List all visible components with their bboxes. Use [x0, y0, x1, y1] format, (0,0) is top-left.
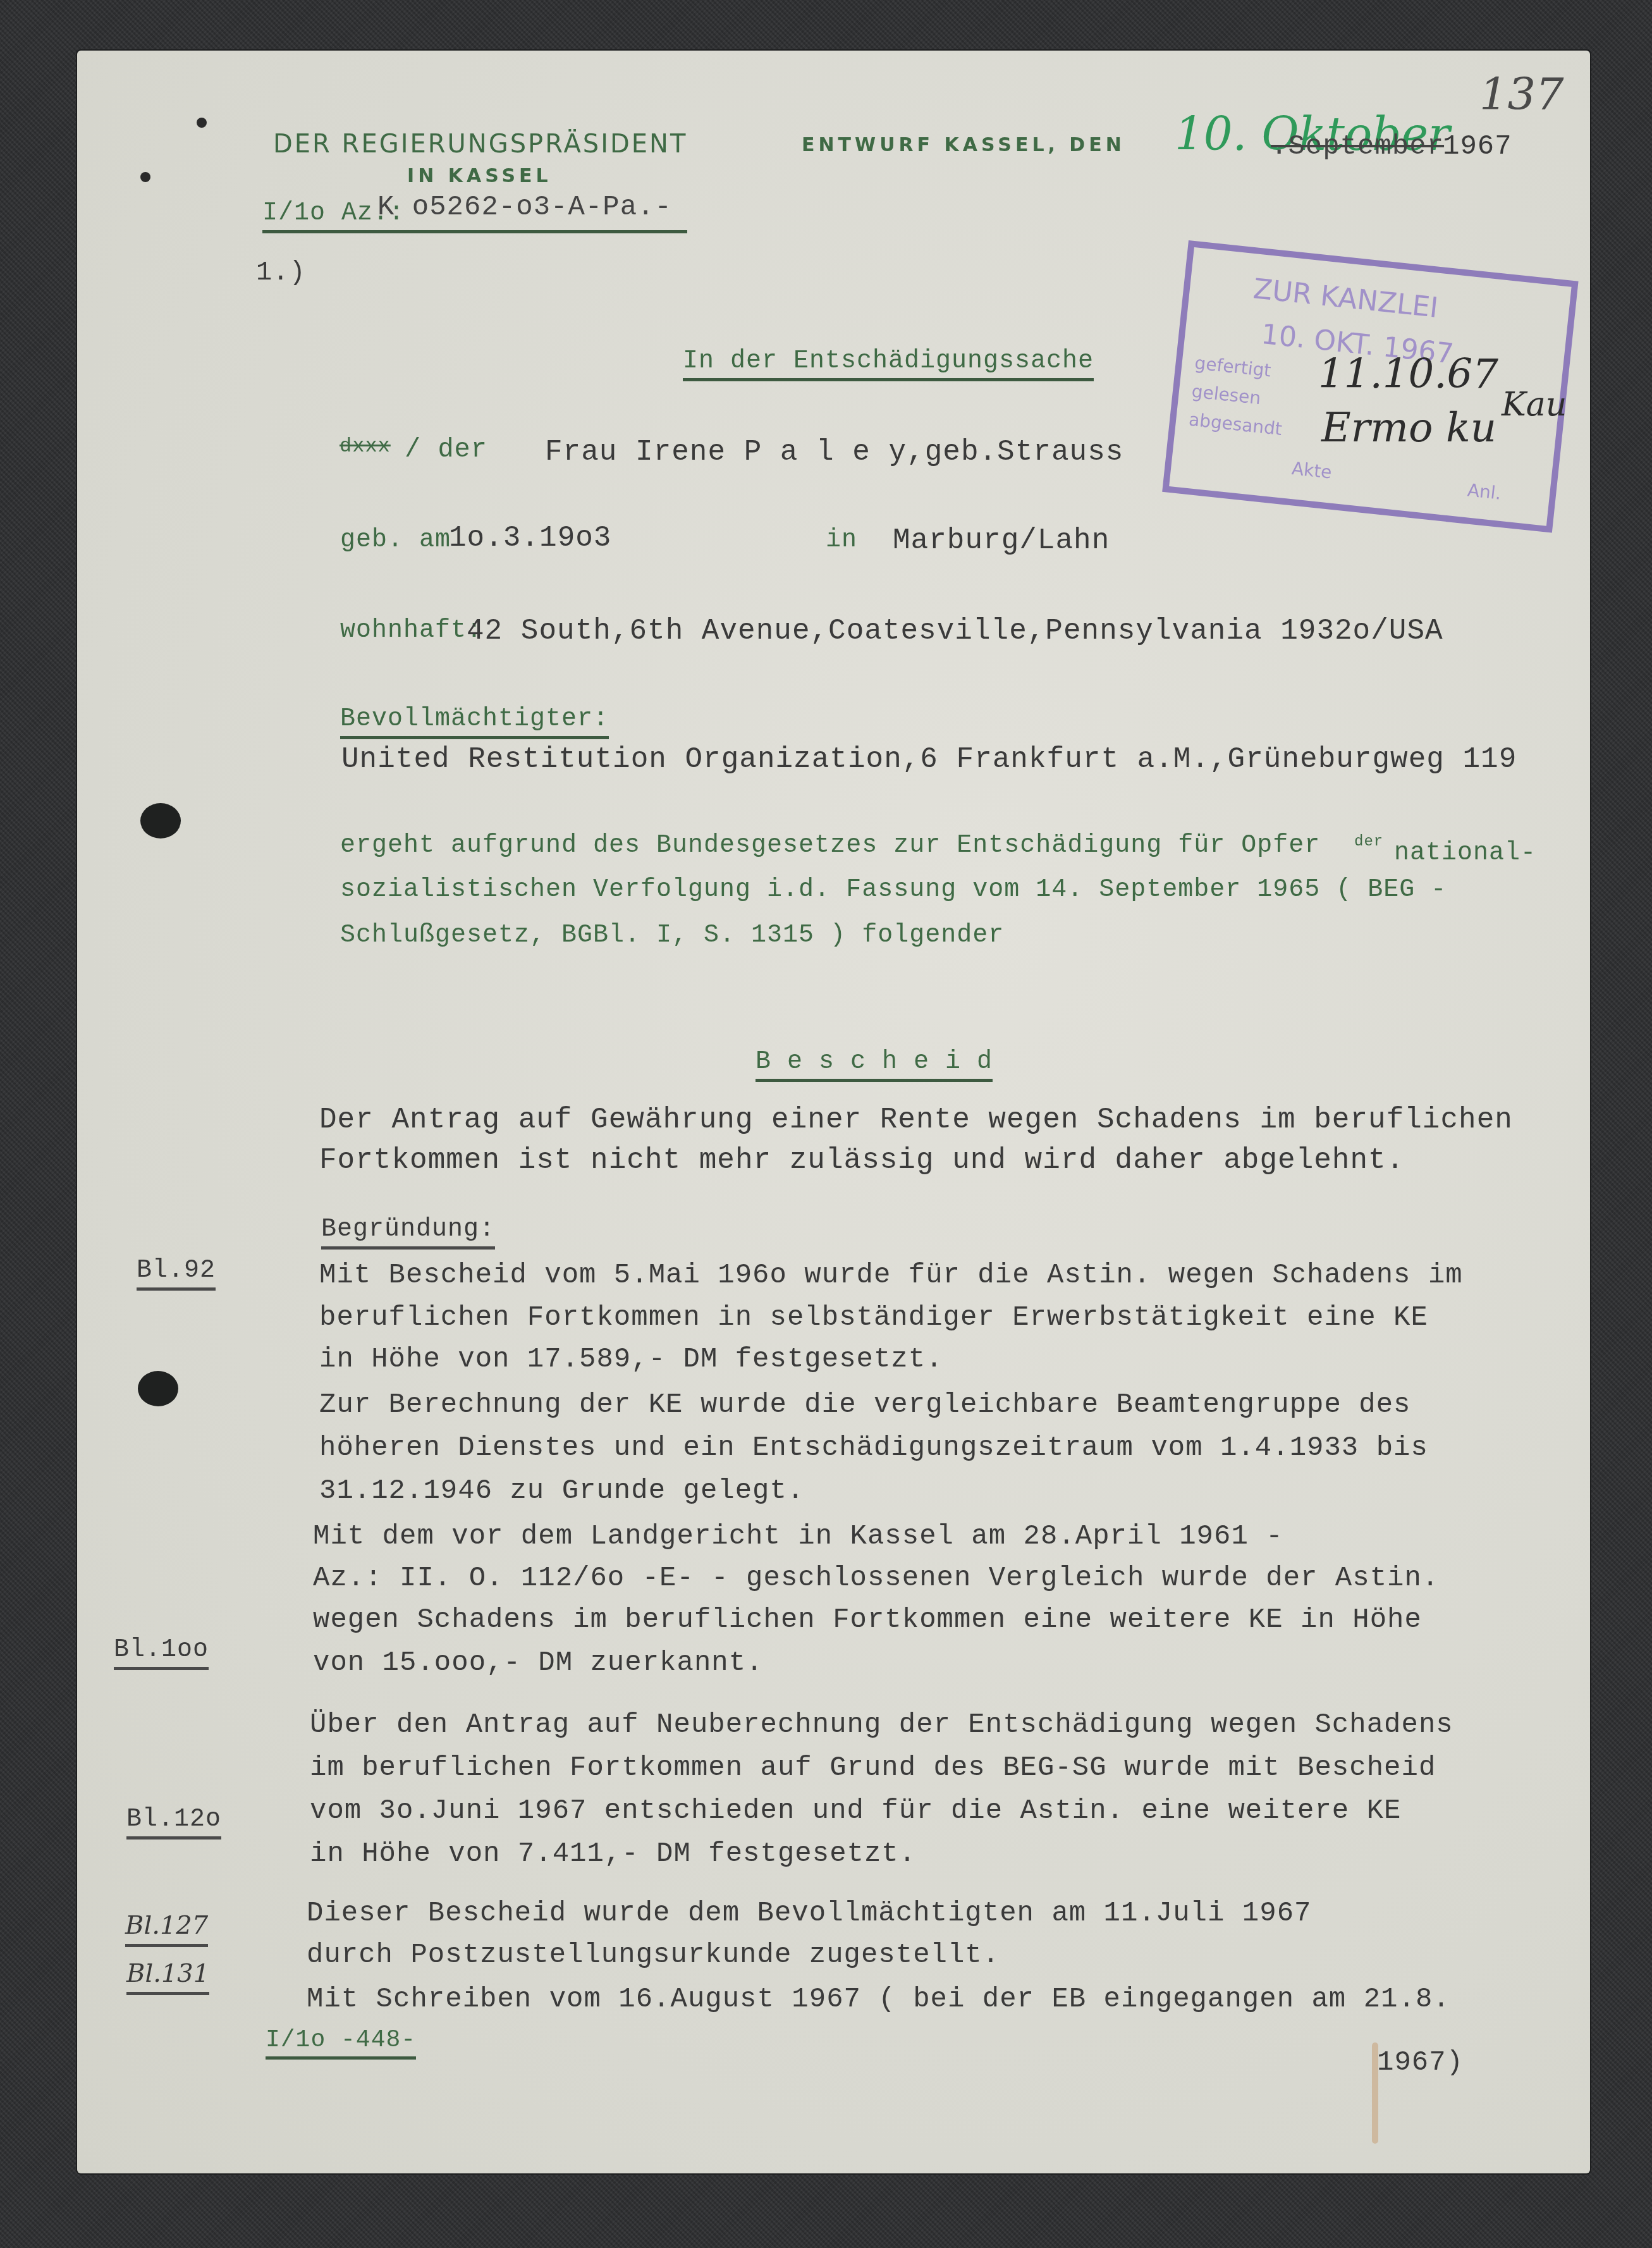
reasons-line: Mit dem vor dem Landgericht in Kassel am…	[313, 1523, 1283, 1551]
draft-place-label: ENTWURF KASSEL, DEN	[802, 136, 1125, 155]
stamp-label-abgesandt: abgesandt	[1188, 409, 1283, 439]
reasons-line: Dieser Bescheid wurde dem Bevollmächtigt…	[307, 1900, 1311, 1927]
reasons-line: beruflichen Fortkommen in selbständiger …	[319, 1304, 1428, 1332]
claimant-name: Frau Irene P a l e y,geb.Strauss	[545, 438, 1123, 467]
margin-ref-bl127-handwritten: Bl.127	[125, 1911, 208, 1947]
pin-hole	[140, 172, 150, 182]
salutation-struck: dxxx	[340, 436, 391, 457]
born-label: geb. am	[340, 528, 451, 553]
margin-ref-bl92: Bl.92	[137, 1258, 216, 1291]
authority-line-2: IN KASSEL	[407, 167, 552, 186]
reasons-line: wegen Schadens im beruflichen Fortkommen…	[313, 1606, 1422, 1634]
decision-line: Fortkommen ist nicht mehr zulässig und w…	[319, 1146, 1404, 1175]
reasons-line: durch Postzustellungsurkunde zugestellt.	[307, 1941, 1000, 1969]
reasons-heading: Begründung:	[321, 1217, 495, 1250]
reasons-line: 1967)	[1377, 2049, 1464, 2077]
reasons-line: Über den Antrag auf Neuberechnung der En…	[310, 1711, 1453, 1739]
stamp-footer-akte: Akte	[1290, 458, 1333, 482]
footer-reference: I/1o -448-	[266, 2029, 416, 2060]
legal-basis-inserted-word: der	[1354, 835, 1383, 850]
pin-hole	[197, 118, 207, 128]
residence-label: wohnhaft:	[340, 618, 482, 644]
residence-address: 42 South,6th Avenue,Coatesville,Pennsylv…	[467, 617, 1443, 646]
reference-underline: I/1o Az.: K o5262-o3-A-Pa.-	[262, 201, 687, 233]
date-year: 1967	[1443, 133, 1512, 161]
born-date: 1o.3.19o3	[449, 524, 611, 553]
stamp-handwritten-initials: Kau	[1502, 386, 1567, 424]
margin-ref-bl120: Bl.12o	[126, 1807, 221, 1840]
legal-basis-line-3: Schlußgesetz, BGBl. I, S. 1315 ) folgend…	[340, 923, 1004, 949]
reasons-line: in Höhe von 7.411,- DM festgesetzt.	[310, 1840, 916, 1868]
authority-line-1: DER REGIERUNGSPRÄSIDENT	[273, 132, 687, 157]
born-place: Marburg/Lahn	[893, 526, 1110, 555]
stamp-title: ZUR KANZLEI	[1252, 273, 1440, 324]
legal-basis-line-1-end: national-	[1394, 841, 1536, 866]
margin-ref-bl131-handwritten: Bl.131	[126, 1959, 209, 1995]
reasons-line: höheren Dienstes und ein Entschädigungsz…	[319, 1434, 1428, 1462]
stamp-handwritten-date: 11.10.67	[1318, 351, 1498, 398]
margin-ref-bl100: Bl.1oo	[114, 1638, 209, 1670]
reasons-line: Zur Berechnung der KE wurde die vergleic…	[319, 1391, 1410, 1419]
reasons-line: Az.: II. O. 112/6o -E- - geschlossenen V…	[313, 1564, 1439, 1592]
stamp-label-gelesen: gelesen	[1190, 381, 1261, 408]
legal-basis-line-1: ergeht aufgrund des Bundesgesetzes zur E…	[340, 833, 1320, 859]
reasons-line: Mit Bescheid vom 5.Mai 196o wurde für di…	[319, 1262, 1463, 1289]
case-heading: In der Entschädigungssache	[683, 349, 1094, 381]
stamp-label-gefertigt: gefertigt	[1194, 352, 1272, 381]
legal-basis-line-2: sozialistischen Verfolgung i.d. Fassung …	[340, 878, 1447, 903]
stamp-footer-anl: Anl.	[1466, 479, 1502, 503]
reasons-line: im beruflichen Fortkommen auf Grund des …	[310, 1754, 1436, 1782]
stain	[1372, 2042, 1378, 2144]
reasons-line: von 15.ooo,- DM zuerkannt.	[313, 1649, 764, 1677]
page-number-handwritten: 137	[1479, 68, 1564, 120]
representative: United Restitution Organization,6 Frankf…	[341, 745, 1517, 774]
reasons-line: 31.12.1946 zu Grunde gelegt.	[319, 1477, 804, 1505]
punch-hole	[138, 1371, 178, 1406]
decision-line: Der Antrag auf Gewährung einer Rente weg…	[319, 1105, 1513, 1134]
item-number: 1.)	[256, 259, 306, 286]
born-in-label: in	[826, 528, 857, 553]
representative-label: Bevollmächtigter:	[340, 707, 609, 739]
decision-heading: B e s c h e i d	[756, 1050, 993, 1082]
date-typed-struck: .September	[1271, 133, 1444, 161]
salutation: / der	[405, 436, 487, 463]
reference-number: K o5262-o3-A-Pa.-	[377, 193, 672, 221]
reasons-line: vom 3o.Juni 1967 entschieden und für die…	[310, 1797, 1401, 1825]
reasons-line: in Höhe von 17.589,- DM festgesetzt.	[319, 1346, 943, 1373]
reasons-line: Mit Schreiben vom 16.August 1967 ( bei d…	[307, 1986, 1450, 2013]
punch-hole	[140, 803, 181, 838]
stamp-handwritten-signature: Ermo ku	[1321, 405, 1496, 451]
